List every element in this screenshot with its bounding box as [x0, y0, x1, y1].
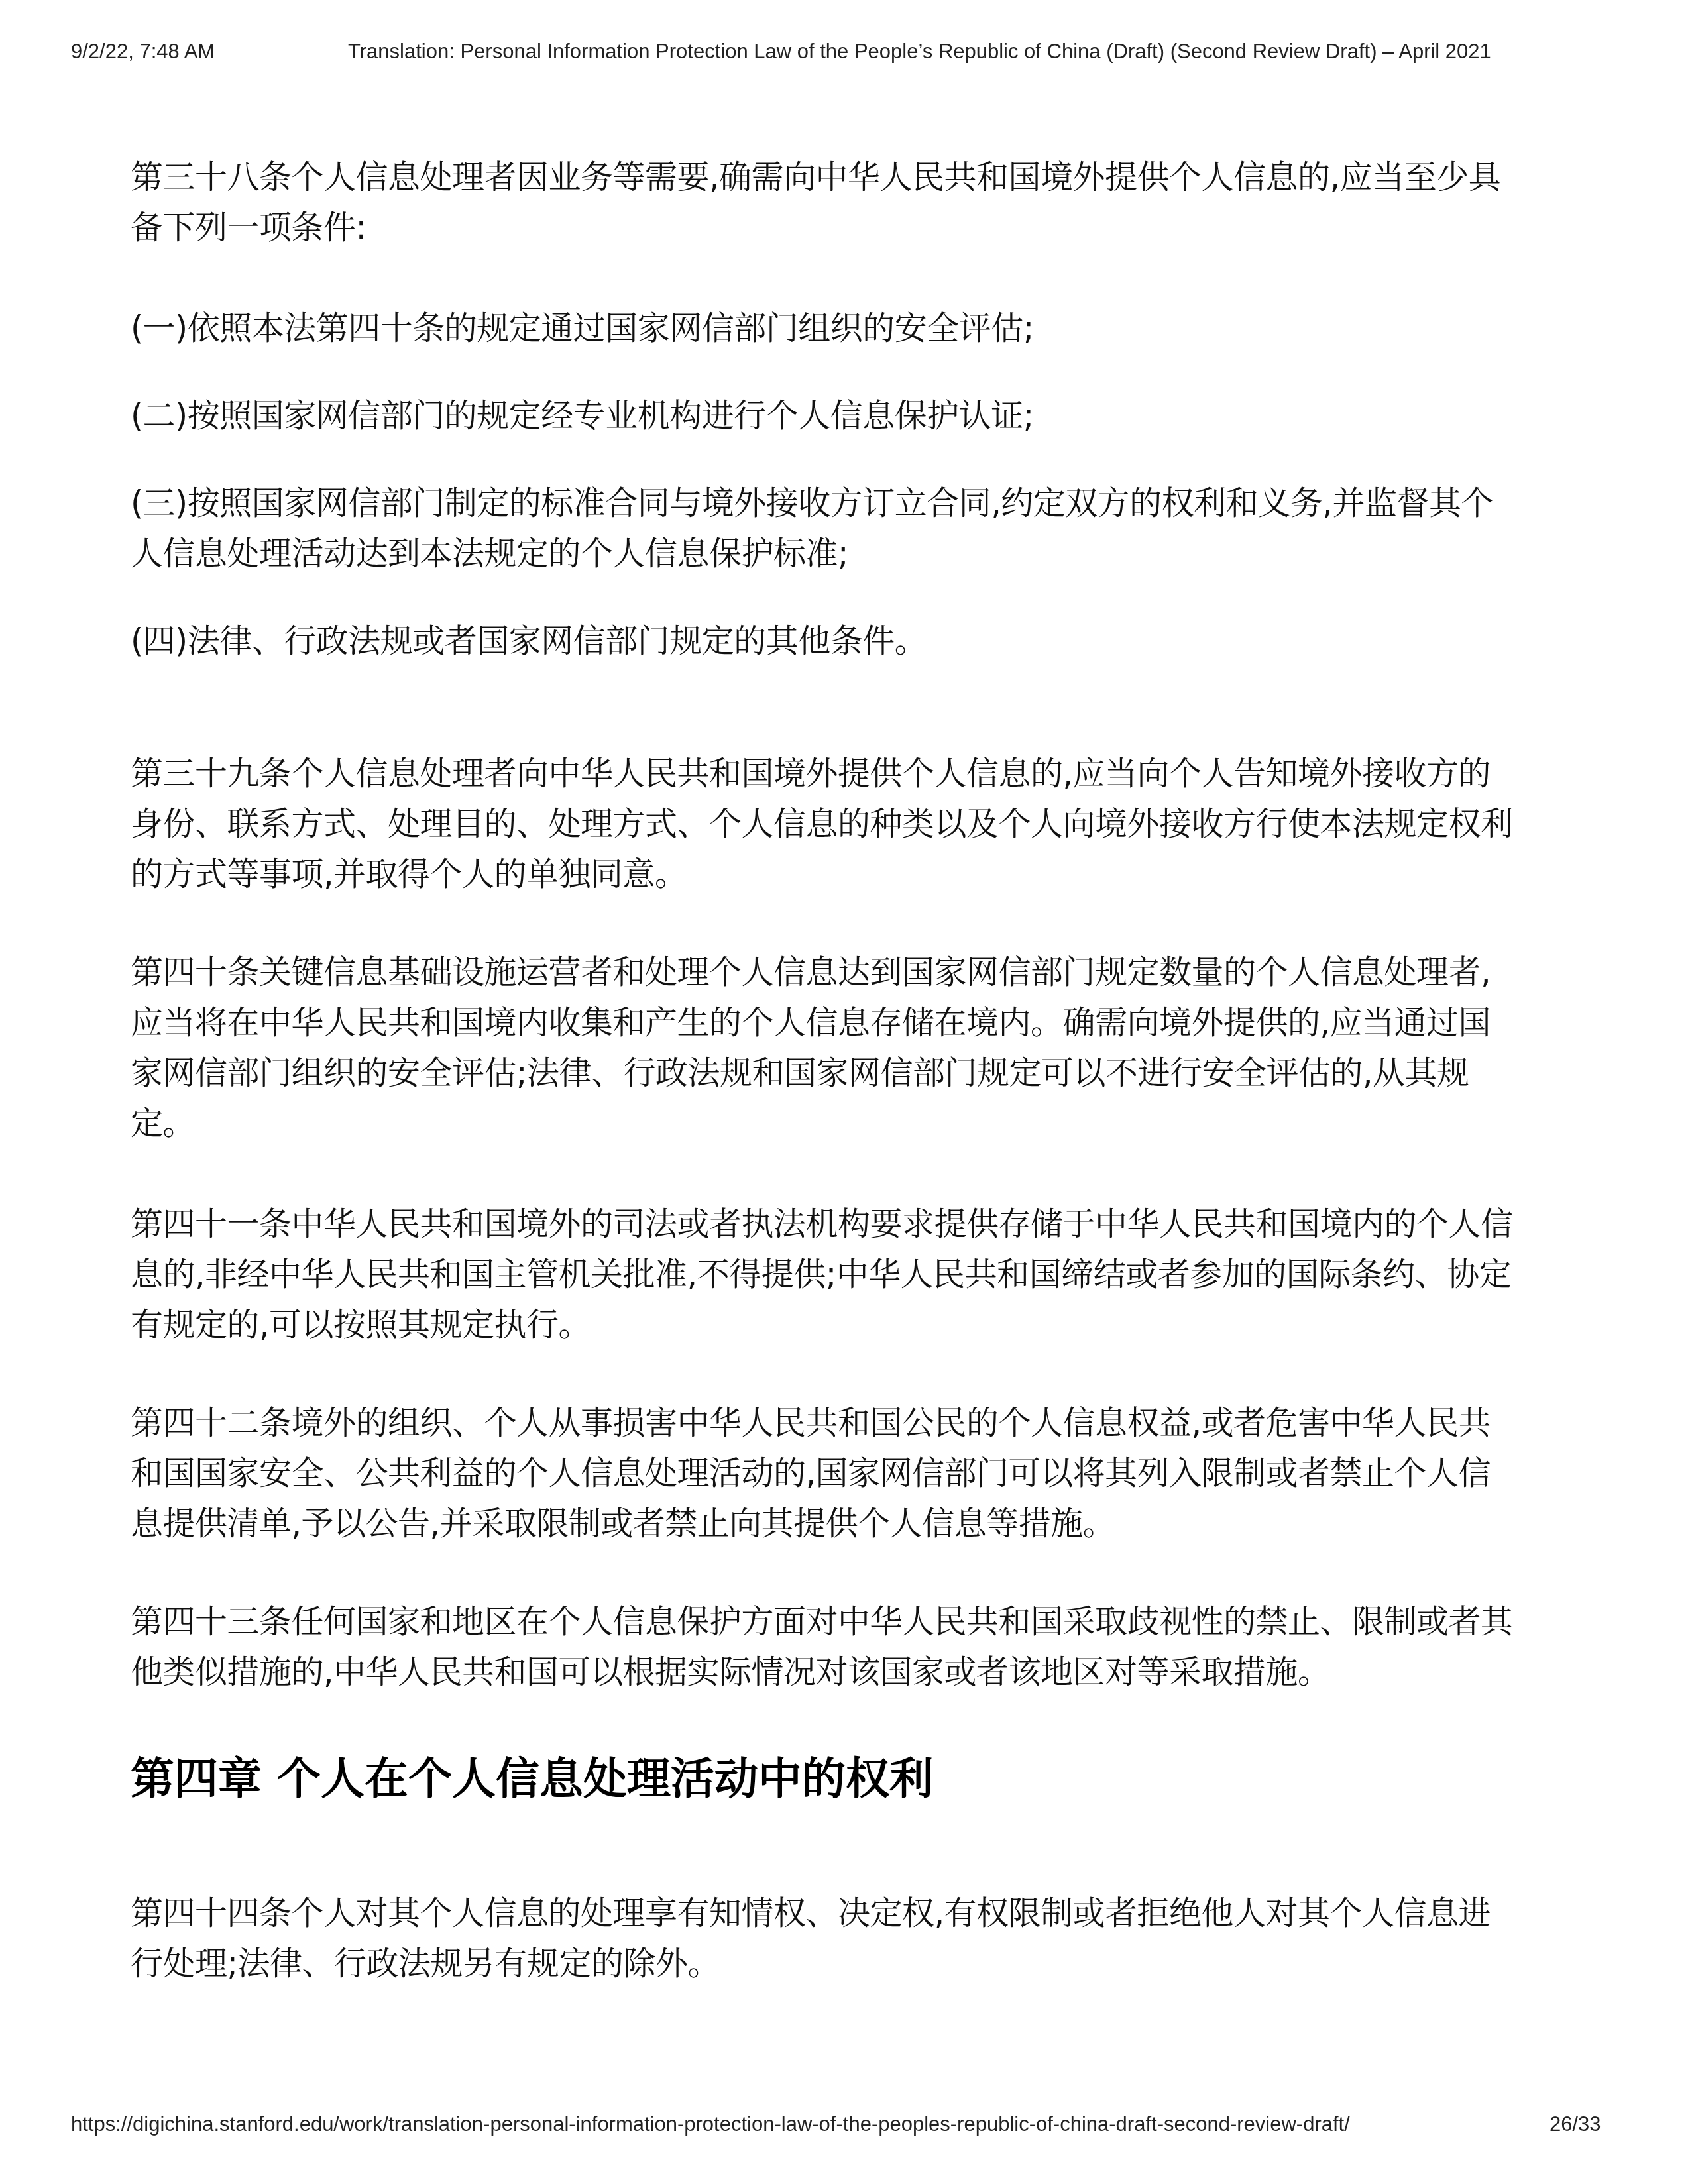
article-44: 第四十四条个人对其个人信息的处理享有知情权、决定权,有权限制或者拒绝他人对其个人…: [131, 1888, 1575, 1989]
text-line: (三)按照国家网信部门制定的标准合同与境外接收方订立合同,约定双方的权利和义务,…: [131, 478, 1575, 529]
text-line: (二)按照国家网信部门的规定经专业机构进行个人信息保护认证;: [131, 391, 1575, 441]
article-38: 第三十八条个人信息处理者因业务等需要,确需向中华人民共和国境外提供个人信息的,应…: [131, 152, 1575, 253]
text-line: 家网信部门组织的安全评估;法律、行政法规和国家网信部门规定可以不进行安全评估的,…: [131, 1048, 1575, 1099]
text-line: 第四十四条个人对其个人信息的处理享有知情权、决定权,有权限制或者拒绝他人对其个人…: [131, 1888, 1575, 1939]
text-line: (一)依照本法第四十条的规定通过国家网信部门组织的安全评估;: [131, 303, 1575, 354]
article-38-item-3: (三)按照国家网信部门制定的标准合同与境外接收方订立合同,约定双方的权利和义务,…: [131, 478, 1575, 579]
text-line: 息提供清单,予以公告,并采取限制或者禁止向其提供个人信息等措施。: [131, 1499, 1575, 1549]
article-38-item-2: (二)按照国家网信部门的规定经专业机构进行个人信息保护认证;: [131, 391, 1575, 441]
article-41: 第四十一条中华人民共和国境外的司法或者执法机构要求提供存储于中华人民共和国境内的…: [131, 1199, 1575, 1350]
text-line: 身份、联系方式、处理目的、处理方式、个人信息的种类以及个人向境外接收方行使本法规…: [131, 799, 1575, 849]
chapter-heading: 第四章 个人在个人信息处理活动中的权利: [131, 1749, 933, 1809]
text-line: (四)法律、行政法规或者国家网信部门规定的其他条件。: [131, 616, 1575, 667]
text-line: 息的,非经中华人民共和国主管机关批准,不得提供;中华人民共和国缔结或者参加的国际…: [131, 1250, 1575, 1300]
text-line: 有规定的,可以按照其规定执行。: [131, 1300, 1575, 1350]
text-line: 第四十条关键信息基础设施运营者和处理个人信息达到国家网信部门规定数量的个人信息处…: [131, 948, 1575, 998]
text-line: 人信息处理活动达到本法规定的个人信息保护标准;: [131, 529, 1575, 579]
text-line: 应当将在中华人民共和国境内收集和产生的个人信息存储在境内。确需向境外提供的,应当…: [131, 998, 1575, 1048]
article-39: 第三十九条个人信息处理者向中华人民共和国境外提供个人信息的,应当向个人告知境外接…: [131, 749, 1575, 900]
print-footer: https://digichina.stanford.edu/work/tran…: [0, 2112, 1690, 2139]
text-line: 他类似措施的,中华人民共和国可以根据实际情况对该国家或者该地区对等采取措施。: [131, 1647, 1575, 1698]
text-line: 的方式等事项,并取得个人的单独同意。: [131, 849, 1575, 900]
text-line: 第三十九条个人信息处理者向中华人民共和国境外提供个人信息的,应当向个人告知境外接…: [131, 749, 1575, 799]
text-line: 第四十一条中华人民共和国境外的司法或者执法机构要求提供存储于中华人民共和国境内的…: [131, 1199, 1575, 1250]
text-line: 备下列一项条件:: [131, 203, 1575, 253]
article-42: 第四十二条境外的组织、个人从事损害中华人民共和国公民的个人信息权益,或者危害中华…: [131, 1398, 1575, 1549]
article-43: 第四十三条任何国家和地区在个人信息保护方面对中华人民共和国采取歧视性的禁止、限制…: [131, 1597, 1575, 1698]
text-line: 和国国家安全、公共利益的个人信息处理活动的,国家网信部门可以将其列入限制或者禁止…: [131, 1448, 1575, 1499]
article-38-item-4: (四)法律、行政法规或者国家网信部门规定的其他条件。: [131, 616, 1575, 667]
text-line: 第四十二条境外的组织、个人从事损害中华人民共和国公民的个人信息权益,或者危害中华…: [131, 1398, 1575, 1448]
page-url: https://digichina.stanford.edu/work/tran…: [71, 2112, 1350, 2136]
text-line: 定。: [131, 1099, 1575, 1149]
print-header: 9/2/22, 7:48 AM Translation: Personal In…: [0, 40, 1690, 66]
document-title: Translation: Personal Information Protec…: [348, 40, 1491, 64]
print-date: 9/2/22, 7:48 AM: [71, 40, 215, 64]
text-line: 行处理;法律、行政法规另有规定的除外。: [131, 1939, 1575, 1989]
article-40: 第四十条关键信息基础设施运营者和处理个人信息达到国家网信部门规定数量的个人信息处…: [131, 948, 1575, 1149]
text-line: 第三十八条个人信息处理者因业务等需要,确需向中华人民共和国境外提供个人信息的,应…: [131, 152, 1575, 203]
text-line: 第四十三条任何国家和地区在个人信息保护方面对中华人民共和国采取歧视性的禁止、限制…: [131, 1597, 1575, 1647]
page-number: 26/33: [1549, 2112, 1601, 2136]
article-38-item-1: (一)依照本法第四十条的规定通过国家网信部门组织的安全评估;: [131, 303, 1575, 354]
